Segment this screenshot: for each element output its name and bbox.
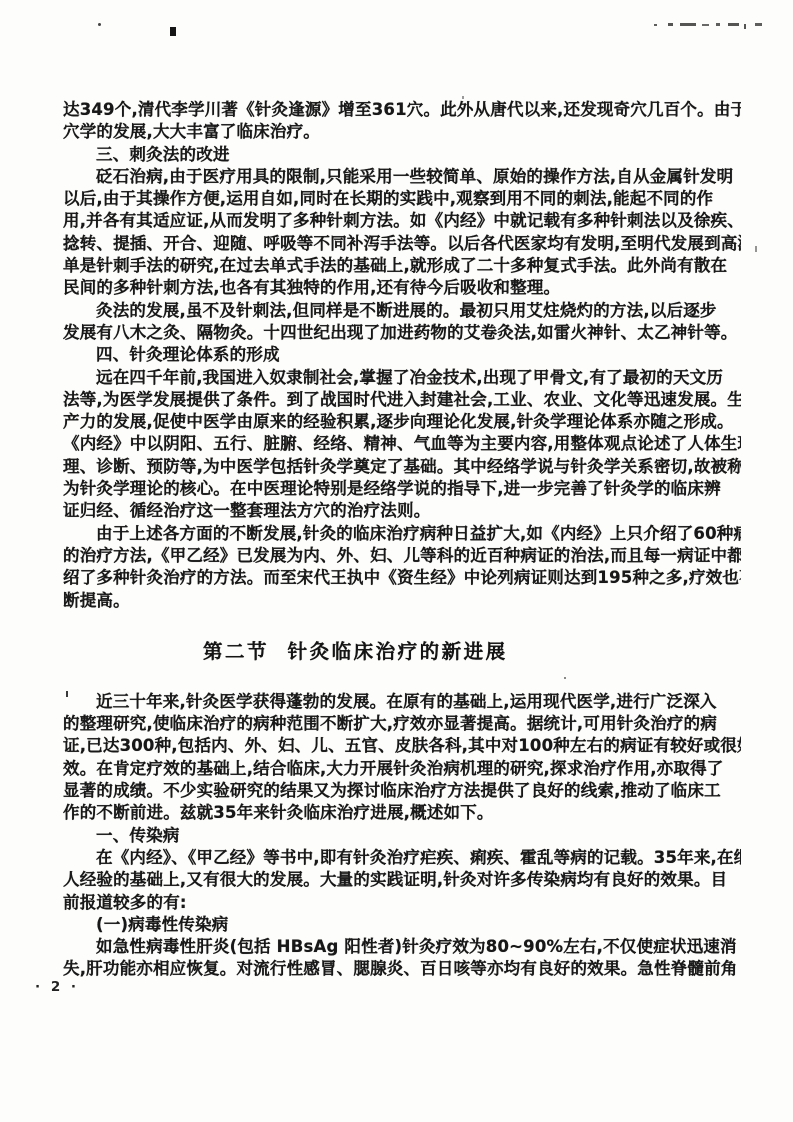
text-line: 理、诊断、预防等,为中医学包括针灸学奠定了基础。其中经络学说与针灸学关系密切,故… xyxy=(63,456,741,478)
heading-needling-moxibustion-improvement: 三、刺灸法的改进 xyxy=(63,144,741,166)
heading-infectious-diseases: 一、传染病 xyxy=(63,825,741,847)
text-line: 为针灸学理论的核心。在中医理论特别是经络学说的指导下,进一步完善了针灸学的临床辨 xyxy=(63,478,741,500)
text-line: 达349个,清代李学川著《针灸逢源》增至361穴。此外从唐代以来,还发现奇穴几百… xyxy=(63,99,741,121)
text-block: 达349个,清代李学川著《针灸逢源》增至361穴。此外从唐代以来,还发现奇穴几百… xyxy=(63,99,741,981)
text-line: 产力的发展,促使中医学由原来的经验积累,逐步向理论化发展,针灸学理论体系亦随之形… xyxy=(63,411,741,433)
text-line: 证,已达300种,包括内、外、妇、儿、五官、皮肤各科,其中对100种左右的病证有… xyxy=(63,735,741,757)
text-line: 发展有八木之灸、隔物灸。十四世纪出现了加进药物的艾卷灸法,如雷火神针、太乙神针等… xyxy=(63,322,741,344)
text-line: 人经验的基础上,又有很大的发展。大量的实践证明,针灸对许多传染病均有良好的效果。… xyxy=(63,869,741,891)
text-line: 捻转、提插、开合、迎随、呼吸等不同补泻手法等。以后各代医家均有发明,至明代发展到… xyxy=(63,233,741,255)
scan-dash xyxy=(654,24,657,26)
text-line: 断提高。 xyxy=(63,590,741,612)
text-line: 证归经、循经治疗这一整套理法方穴的治疗法则。 xyxy=(63,500,741,522)
scan-dash xyxy=(680,23,696,26)
paragraph: 达349个,清代李学川著《针灸逢源》增至361穴。此外从唐代以来,还发现奇穴几百… xyxy=(63,99,741,144)
text-line: 的整理研究,使临床治疗的病种范围不断扩大,疗效亦显著提高。据统计,可用针灸治疗的… xyxy=(63,713,741,735)
text-line: 灸法的发展,虽不及针刺法,但同样是不断进展的。最初只用艾炷烧灼的方法,以后逐步 xyxy=(63,300,741,322)
text-line: 单是针刺手法的研究,在过去单式手法的基础上,就形成了二十多种复式手法。此外尚有散… xyxy=(63,255,741,277)
scan-dash xyxy=(702,24,709,26)
text-line: 用,并各有其适应证,从而发明了多种针刺方法。如《内经》中就记载有多种针刺法以及徐… xyxy=(63,210,741,232)
text-line: 显著的成绩。不少实验研究的结果又为探讨临床治疗方法提供了良好的线索,推动了临床工 xyxy=(63,780,741,802)
paragraph: 如急性病毒性肝炎(包括 HBsAg 阳性者)针灸疗效为80~90%左右,不仅使症… xyxy=(63,936,741,981)
paragraph: 灸法的发展,虽不及针刺法,但同样是不断进展的。最初只用艾炷烧灼的方法,以后逐步 … xyxy=(63,300,741,345)
text-line: 前报道较多的有: xyxy=(63,892,741,914)
paragraph: 砭石治病,由于医疗用具的限制,只能采用一些较简单、原始的操作方法,自从金属针发明… xyxy=(63,166,741,300)
text-line: 在《内经》、《甲乙经》等书中,即有针灸治疗疟疾、痢疾、霍乱等病的记载。35年来,… xyxy=(63,847,741,869)
text-line: 民间的多种针刺方法,也各有其独特的作用,还有待今后吸收和整理。 xyxy=(63,277,741,299)
scan-dash xyxy=(744,24,746,29)
text-line: 穴学的发展,大大丰富了临床治疗。 xyxy=(63,121,741,143)
paragraph: 近三十年来,针灸医学获得蓬勃的发展。在原有的基础上,运用现代医学,进行广泛深入 … xyxy=(63,691,741,825)
scan-speck xyxy=(98,23,101,26)
text-line: 远在四千年前,我国进入奴隶制社会,掌握了冶金技术,出现了甲骨文,有了最初的天文历 xyxy=(63,367,741,389)
text-line: 以后,由于其操作方便,运用自如,同时在长期的实践中,观察到用不同的刺法,能起不同… xyxy=(63,188,741,210)
text-line: 法等,为医学发展提供了条件。到了战国时代进入封建社会,工业、农业、文化等迅速发展… xyxy=(63,389,741,411)
paragraph: 在《内经》、《甲乙经》等书中,即有针灸治疗疟疾、痢疾、霍乱等病的记载。35年来,… xyxy=(63,847,741,914)
text-line: 失,肝功能亦相应恢复。对流行性感冒、腮腺炎、百日咳等亦均有良好的效果。急性脊髓前… xyxy=(63,958,741,980)
text-line: 的治疗方法,《甲乙经》已发展为内、外、妇、儿等科的近百种病证的治法,而且每一病证… xyxy=(63,545,741,567)
scan-dash xyxy=(755,23,762,26)
text-line: 砭石治病,由于医疗用具的限制,只能采用一些较简单、原始的操作方法,自从金属针发明 xyxy=(63,166,741,188)
text-line: 近三十年来,针灸医学获得蓬勃的发展。在原有的基础上,运用现代医学,进行广泛深入 xyxy=(63,691,741,713)
scan-dash xyxy=(668,23,673,26)
text-line: 由于上述各方面的不断发展,针灸的临床治疗病种日益扩大,如《内经》上只介绍了60种… xyxy=(63,523,741,545)
paragraph: 远在四千年前,我国进入奴隶制社会,掌握了冶金技术,出现了甲骨文,有了最初的天文历… xyxy=(63,367,741,523)
text-line: 《内经》中以阴阳、五行、脏腑、经络、精神、气血等为主要内容,用整体观点论述了人体… xyxy=(63,433,741,455)
text-line: 绍了多种针灸治疗的方法。而至宋代王执中《资生经》中论列病证则达到195种之多,疗… xyxy=(63,567,741,589)
heading-theory-system-formation: 四、针灸理论体系的形成 xyxy=(63,344,741,366)
scan-dash xyxy=(728,23,739,26)
scan-ink-mark xyxy=(170,27,176,36)
text-line: 效。在肯定疗效的基础上,结合临床,大力开展针灸治病机理的研究,探求治疗作用,亦取… xyxy=(63,758,741,780)
paragraph: 由于上述各方面的不断发展,针灸的临床治疗病种日益扩大,如《内经》上只介绍了60种… xyxy=(63,523,741,612)
scan-dash xyxy=(716,23,720,26)
section-2-title: 第二节 针灸临床治疗的新进展 xyxy=(63,637,741,667)
text-line: 如急性病毒性肝炎(包括 HBsAg 阳性者)针灸疗效为80~90%左右,不仅使症… xyxy=(63,936,741,958)
subheading-viral-infectious-diseases: (一)病毒性传染病 xyxy=(63,914,741,936)
page-number: · 2 · xyxy=(35,979,79,995)
book-page: 达349个,清代李学川著《针灸逢源》增至361穴。此外从唐代以来,还发现奇穴几百… xyxy=(0,0,793,1122)
scan-tick xyxy=(755,246,757,252)
text-line: 作的不断前进。兹就35年来针灸临床治疗进展,概述如下。 xyxy=(63,802,741,824)
